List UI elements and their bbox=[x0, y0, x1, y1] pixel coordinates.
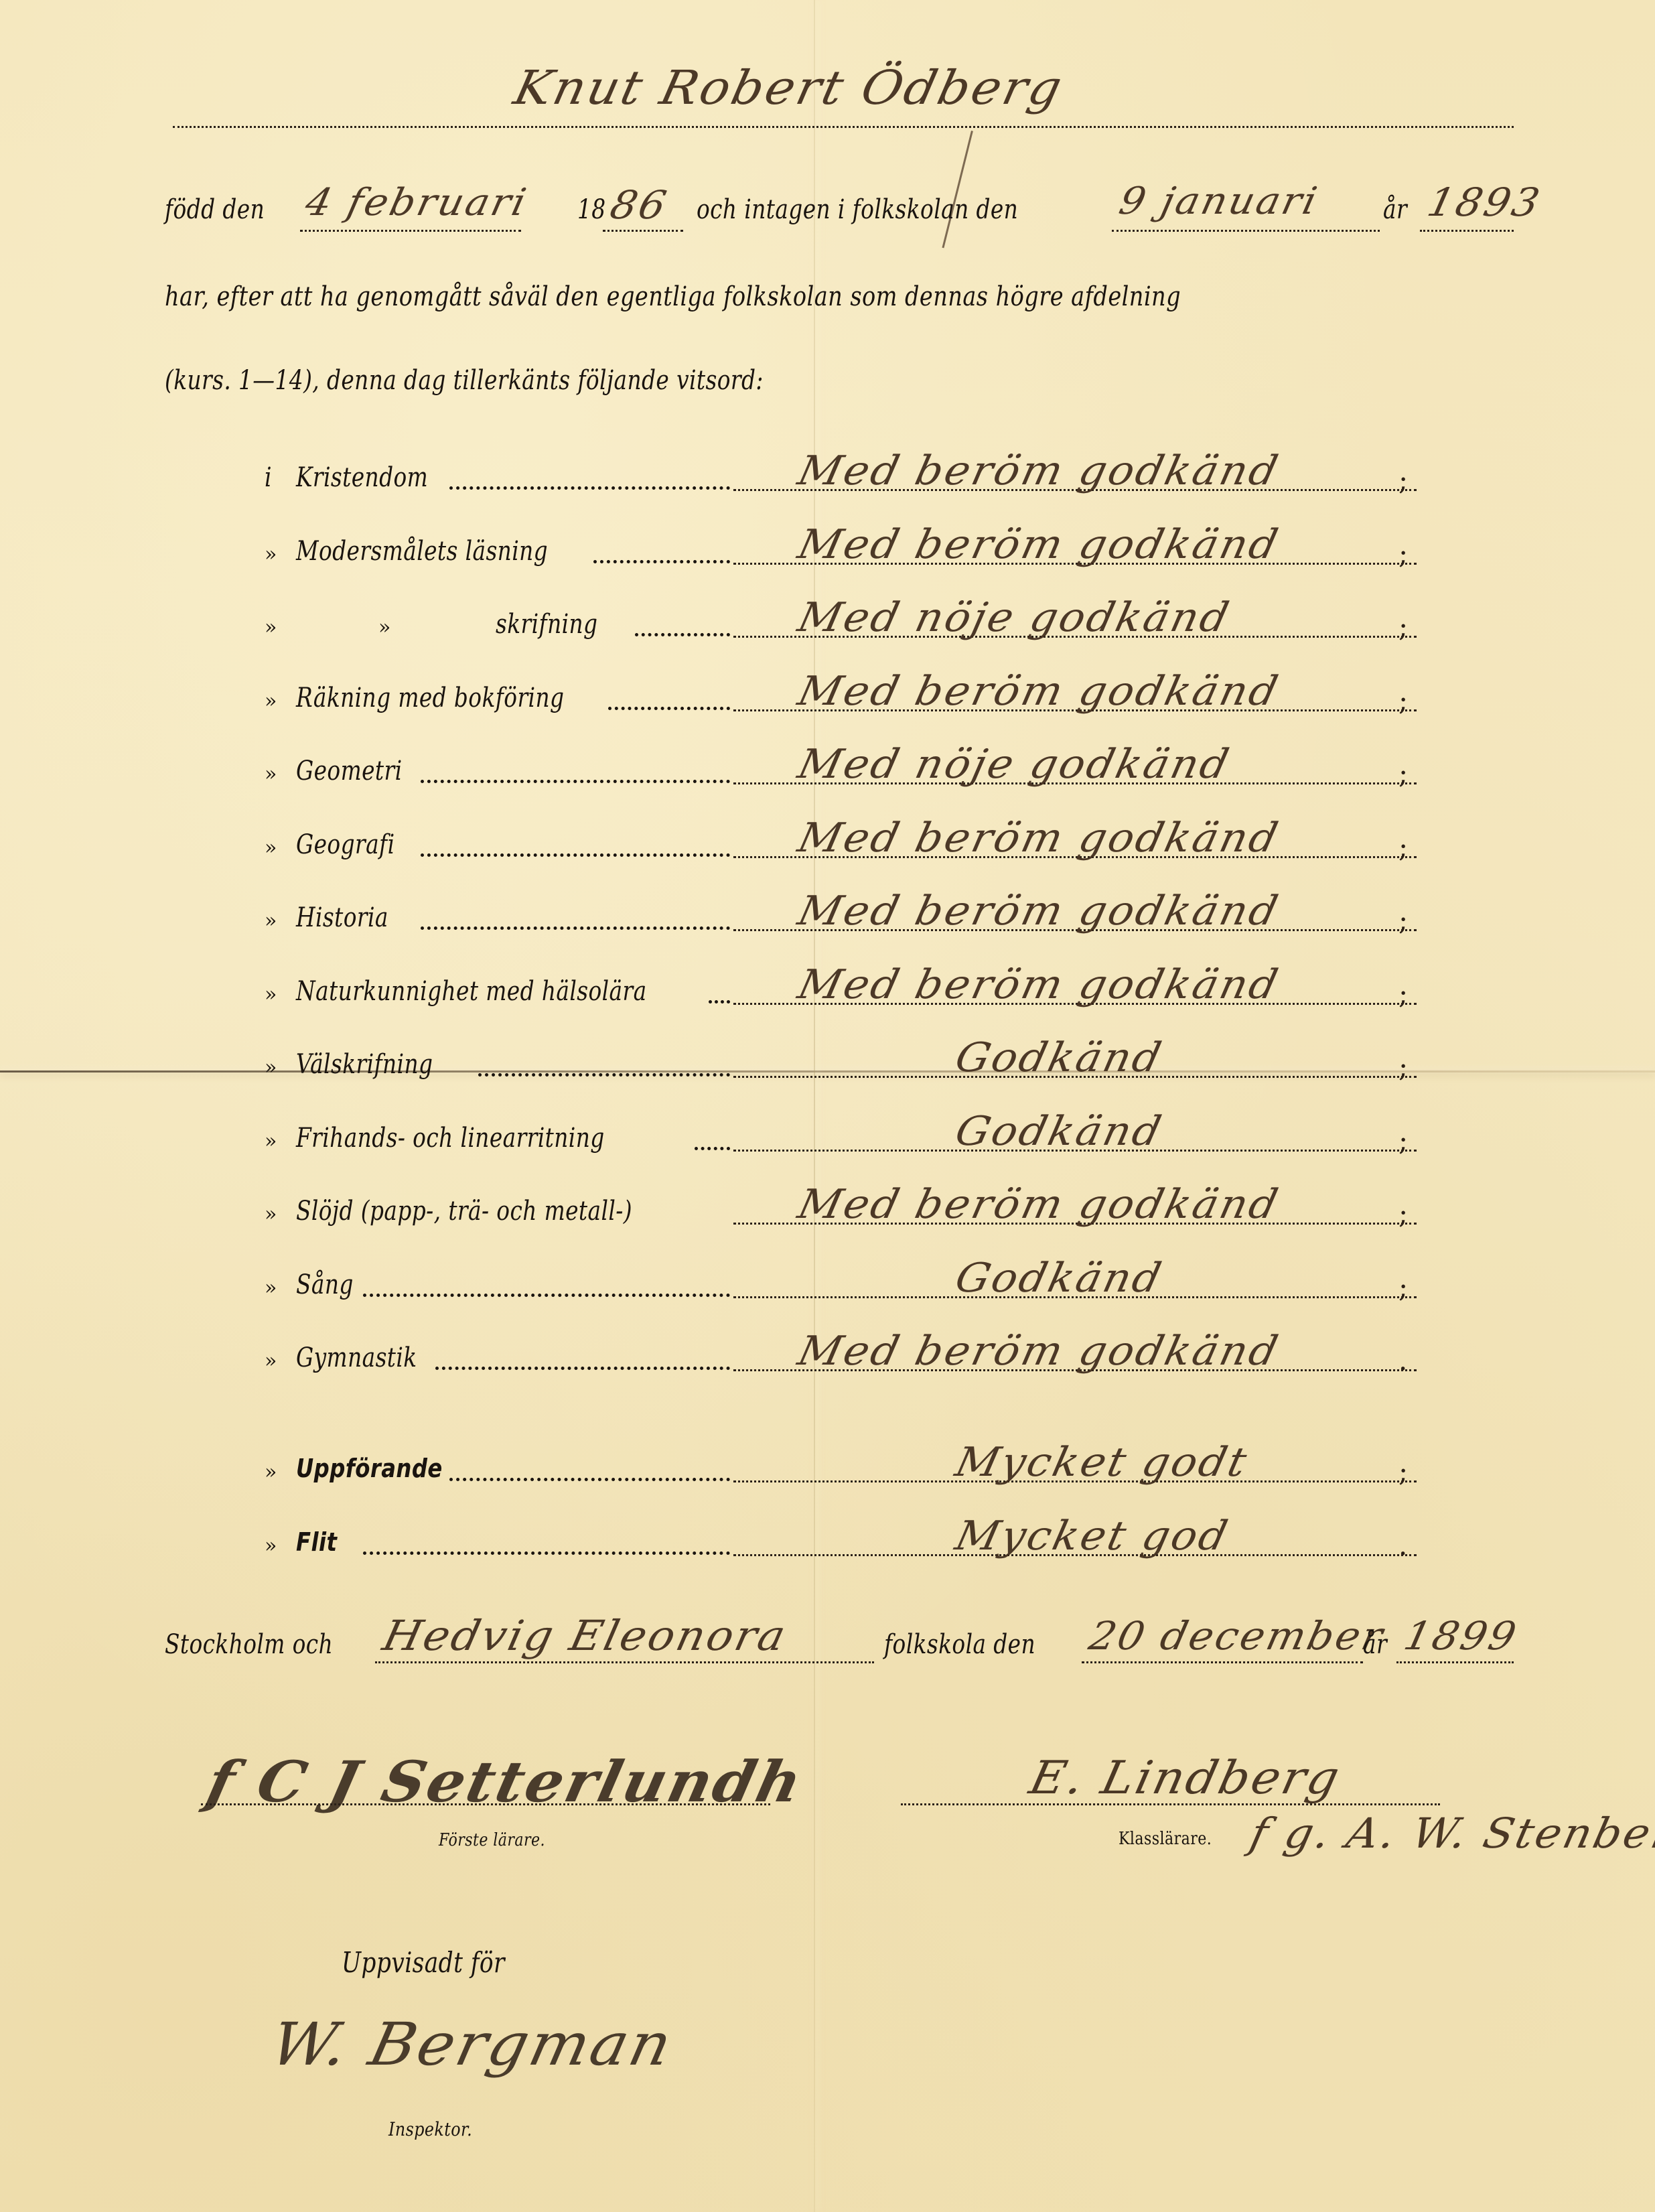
city-label: Stockholm och bbox=[165, 1629, 333, 1660]
issue-year-label: år bbox=[1363, 1629, 1387, 1660]
class-teacher-signature-2: f g. A. W. Stenberg bbox=[1246, 1809, 1655, 1858]
row-prefix: » bbox=[265, 836, 277, 859]
grade-value: Med beröm godkänd bbox=[794, 668, 1284, 715]
born-year-suffix: 86 bbox=[606, 182, 672, 228]
grade-value: Med beröm godkänd bbox=[794, 521, 1284, 568]
subject-label: Slöjd (papp-, trä- och metall-) bbox=[296, 1196, 632, 1227]
subject-label: Räkning med bokföring bbox=[296, 683, 564, 713]
leader-dots bbox=[421, 926, 730, 930]
row-end-mark: . bbox=[1398, 1529, 1407, 1562]
shown-label: Uppvisadt för bbox=[342, 1946, 505, 1979]
grade-value: Mycket god bbox=[951, 1513, 1234, 1560]
class-teacher-line bbox=[901, 1803, 1440, 1805]
issue-year-line bbox=[1396, 1661, 1514, 1663]
row-end-mark: ; bbox=[1398, 1197, 1408, 1230]
row-prefix: » bbox=[265, 1460, 277, 1484]
row-prefix: » bbox=[265, 1276, 277, 1300]
issue-day-month: 20 december bbox=[1085, 1613, 1389, 1659]
grade-value: Godkänd bbox=[951, 1255, 1167, 1302]
row-prefix: » bbox=[265, 689, 277, 713]
grade-value: Mycket godt bbox=[951, 1439, 1252, 1486]
leader-dots bbox=[478, 1073, 730, 1077]
admitted-year-label: år bbox=[1383, 194, 1407, 225]
row-end-mark: ; bbox=[1398, 537, 1408, 570]
row-prefix: » bbox=[265, 1202, 277, 1226]
subject-label: Sång bbox=[296, 1269, 354, 1300]
student-name: Knut Robert Ödberg bbox=[509, 60, 1069, 115]
subject-label: Frihands- och linearritning bbox=[296, 1123, 605, 1154]
grade-value: Med beröm godkänd bbox=[794, 888, 1284, 935]
grade-value: Med beröm godkänd bbox=[794, 447, 1284, 494]
school-label: folkskola den bbox=[884, 1629, 1035, 1660]
leader-dots bbox=[435, 1367, 730, 1370]
born-day-month: 4 februari bbox=[301, 181, 532, 224]
leader-dots bbox=[709, 1000, 730, 1004]
subject-label: Naturkunnighet med hälsolära bbox=[296, 976, 647, 1007]
row-end-mark: ; bbox=[1398, 1124, 1408, 1157]
admitted-year-line bbox=[1420, 230, 1514, 232]
leader-dots bbox=[449, 1478, 730, 1481]
inspector-signature: W. Bergman bbox=[265, 2010, 680, 2079]
row-end-mark: ; bbox=[1398, 831, 1408, 863]
admitted-day-month: 9 januari bbox=[1115, 180, 1323, 223]
row-prefix: » bbox=[265, 616, 277, 639]
row-prefix: » bbox=[265, 983, 277, 1006]
row-end-mark: ; bbox=[1398, 464, 1408, 496]
school-name: Hedvig Eleonora bbox=[378, 1611, 792, 1660]
subject-label: Geometri bbox=[296, 756, 403, 786]
subject-label: Flit bbox=[296, 1527, 337, 1557]
grade-value: Med beröm godkänd bbox=[794, 1181, 1284, 1228]
subject-label: Historia bbox=[296, 902, 388, 933]
subject-label: Geografi bbox=[296, 829, 395, 860]
grade-value: Med nöje godkänd bbox=[794, 741, 1235, 788]
grade-value: Godkänd bbox=[951, 1034, 1167, 1081]
row-end-mark: ; bbox=[1398, 684, 1408, 717]
first-teacher-line bbox=[201, 1803, 770, 1805]
row-prefix: » bbox=[265, 762, 277, 786]
issue-date-line bbox=[1082, 1661, 1363, 1663]
intro-line-1: har, efter att ha genomgått såväl den eg… bbox=[165, 281, 1181, 312]
leader-dots bbox=[695, 1147, 730, 1150]
born-label: född den bbox=[165, 194, 265, 225]
row-prefix-ditto: » bbox=[378, 616, 390, 639]
grade-value: Med beröm godkänd bbox=[794, 1328, 1284, 1375]
row-prefix: » bbox=[265, 543, 277, 566]
leader-dots bbox=[421, 780, 730, 783]
row-end-mark: ; bbox=[1398, 757, 1408, 790]
row-end-mark: ; bbox=[1398, 977, 1408, 1010]
leader-dots bbox=[593, 560, 730, 563]
leader-dots bbox=[421, 853, 730, 857]
leader-dots bbox=[363, 1294, 730, 1297]
admitted-year: 1893 bbox=[1423, 180, 1546, 225]
row-prefix: i bbox=[265, 462, 272, 493]
leader-dots bbox=[449, 486, 730, 490]
row-end-mark: ; bbox=[1398, 610, 1408, 643]
issue-year: 1899 bbox=[1400, 1613, 1522, 1659]
subject-label: Uppförande bbox=[296, 1454, 443, 1483]
inspector-label: Inspektor. bbox=[388, 2118, 472, 2140]
row-prefix: » bbox=[265, 1534, 277, 1558]
grade-value: Med beröm godkänd bbox=[794, 961, 1284, 1008]
school-name-line bbox=[375, 1661, 874, 1663]
row-end-mark: ; bbox=[1398, 1271, 1408, 1304]
grade-value: Med beröm godkänd bbox=[794, 815, 1284, 861]
row-prefix: » bbox=[265, 909, 277, 932]
born-year-line bbox=[603, 230, 683, 232]
subject-label: skrifning bbox=[496, 609, 597, 640]
row-end-mark: ; bbox=[1398, 904, 1408, 937]
subject-label: Kristendom bbox=[296, 462, 428, 493]
row-prefix: » bbox=[265, 1349, 277, 1373]
first-teacher-label: Förste lärare. bbox=[439, 1830, 545, 1850]
subject-label: Välskrifning bbox=[296, 1049, 433, 1080]
leader-dots bbox=[363, 1551, 730, 1555]
subject-label: Gymnastik bbox=[296, 1342, 417, 1373]
class-teacher-signature: E. Lindberg bbox=[1025, 1752, 1346, 1805]
row-end-mark: ; bbox=[1398, 1455, 1408, 1488]
row-prefix: » bbox=[265, 1129, 277, 1153]
subject-label: Modersmålets läsning bbox=[296, 536, 548, 567]
born-date-line bbox=[300, 230, 521, 232]
name-flourish bbox=[942, 131, 973, 248]
vertical-fold-crease bbox=[814, 0, 815, 2212]
leader-dots bbox=[608, 707, 730, 710]
admitted-label: och intagen i folkskolan den bbox=[697, 194, 1018, 225]
grade-value: Med nöje godkänd bbox=[794, 594, 1235, 641]
leader-dots bbox=[635, 633, 730, 636]
admitted-date-line bbox=[1112, 230, 1380, 232]
row-end-mark: . bbox=[1398, 1344, 1407, 1377]
intro-line-2: (kurs. 1—14), denna dag tillerkänts följ… bbox=[165, 365, 764, 396]
name-dotted-line bbox=[173, 126, 1514, 128]
born-year-prefix: 18 bbox=[577, 194, 606, 225]
row-prefix: » bbox=[265, 1056, 277, 1079]
row-end-mark: ; bbox=[1398, 1050, 1408, 1083]
class-teacher-label: Klasslärare. bbox=[1119, 1829, 1212, 1849]
grade-value: Godkänd bbox=[951, 1108, 1167, 1155]
